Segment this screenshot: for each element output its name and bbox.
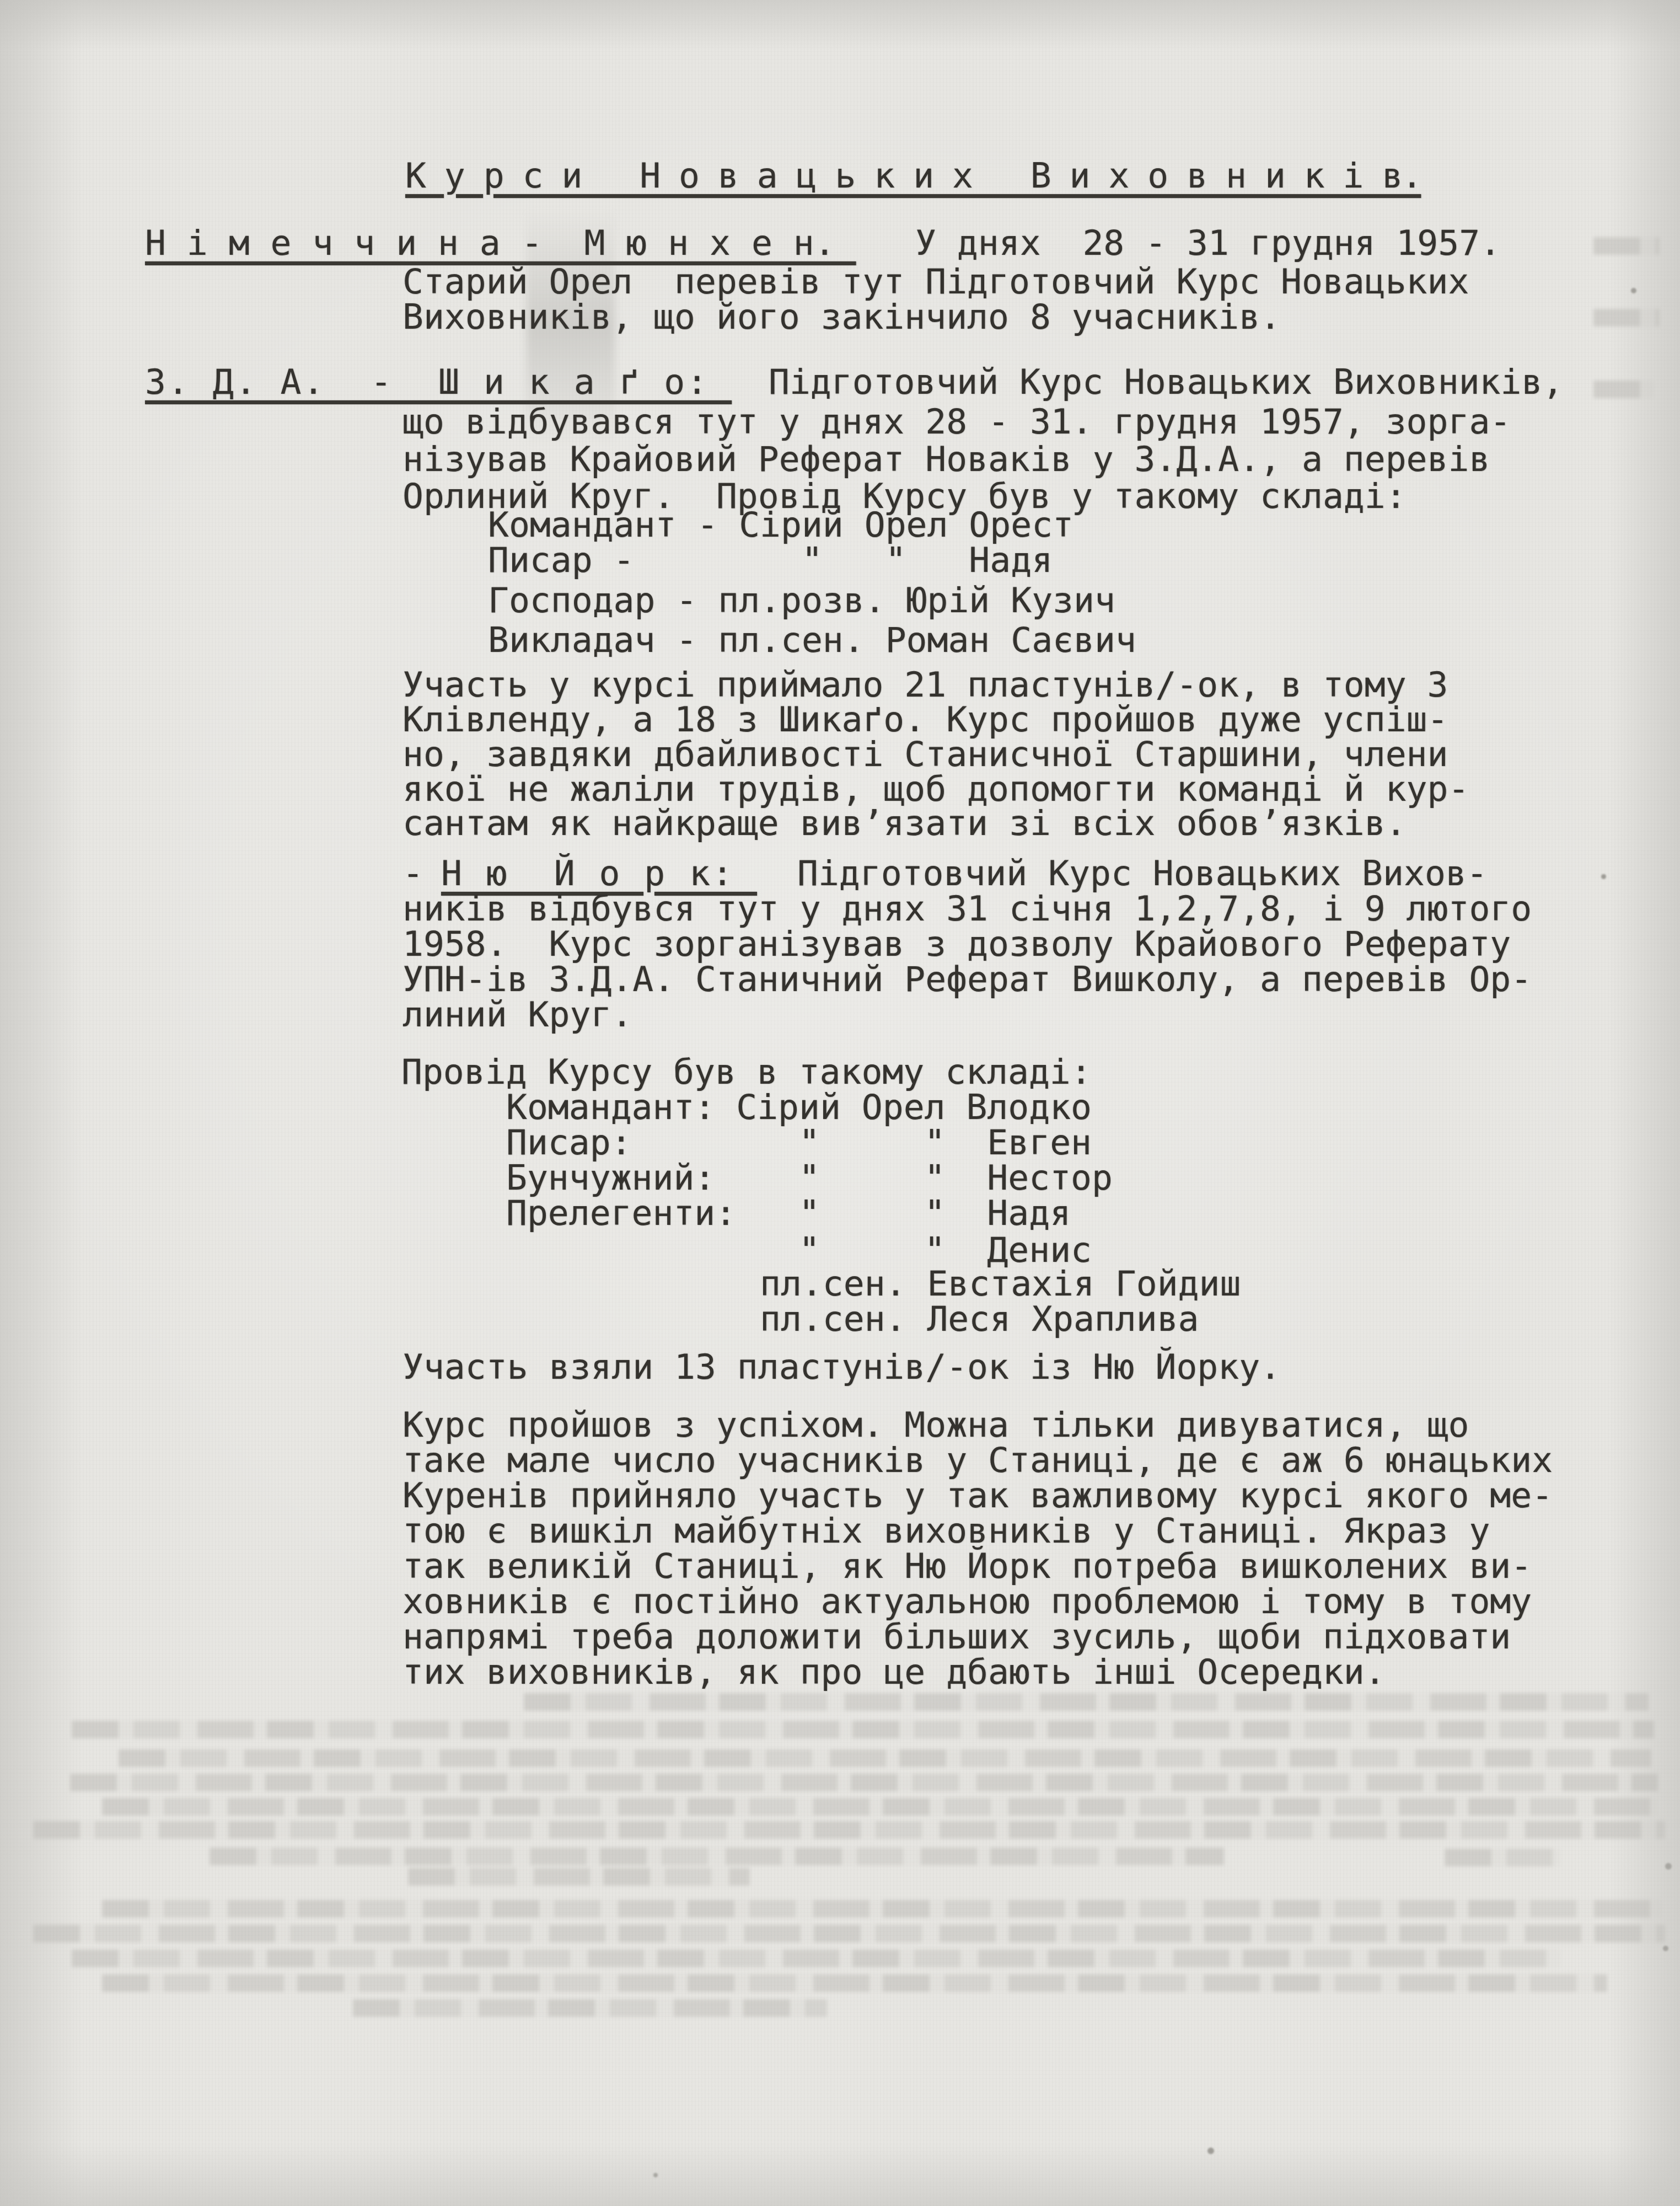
text-segment: Провід Курсу був в такому складі:: [401, 1054, 1092, 1089]
bleedthrough-line: [102, 1974, 1607, 1992]
text-segment: Командант - Сірий Орел Орест: [488, 507, 1074, 542]
staff-line: Писар - " " Надя: [0, 543, 1680, 582]
ink-speck: [1601, 874, 1606, 879]
bleedthrough-line: [72, 1950, 1560, 1967]
text-segment: тих виховників, як про це дбають інші Ос…: [402, 1654, 1386, 1689]
text-segment: Господар - пл.розв. Юрій Кузич: [488, 583, 1115, 618]
text-segment: Участь взяли 13 пластунів/-ок із Ню Йорк…: [402, 1350, 1281, 1384]
text-segment: Командант: Сірий Орел Влодко: [506, 1090, 1092, 1125]
text-segment: Підготовчий Курс Новацьких Виховників,: [769, 365, 1563, 399]
text-segment: Викладач - пл.сен. Роман Саєвич: [488, 623, 1136, 657]
text-segment: Старий Орел перевів тут Підготовчий Курс…: [402, 264, 1469, 299]
body-line: Виховників, що його закінчило 8 учасникі…: [0, 299, 1680, 339]
text-segment: пл.сен. Леся Храплива: [760, 1302, 1199, 1336]
text-segment: тою є вишкіл майбутніх виховників у Стан…: [402, 1513, 1490, 1548]
body-line: що відбувався тут у днях 28 - 31. грудня…: [0, 404, 1680, 444]
body-line: УПН-ів З.Д.А. Станичний Реферат Вишколу,…: [0, 962, 1680, 1002]
ink-speck: [1207, 2148, 1214, 2154]
body-line: сантам як найкраще вив’язати зі всіх обо…: [0, 806, 1680, 845]
heading-usa-chicago: З. Д. А. - Ш и к а ґ о: Підготовчий Курс…: [0, 365, 1680, 404]
bleedthrough-line: [119, 1749, 1651, 1767]
text-segment: Курс пройшов з успіхом. Можна тільки див…: [402, 1407, 1469, 1442]
bleedthrough-line: [33, 1821, 1665, 1839]
text-segment: напрямі треба доложити більших зусиль, щ…: [402, 1619, 1511, 1654]
bleedthrough-line: [33, 1925, 1665, 1942]
text-segment: Виховників, що його закінчило 8 учасникі…: [402, 299, 1281, 334]
text-segment: Прелегенти: " " Надя: [506, 1196, 1071, 1230]
text-segment: Писар: " " Евген: [506, 1125, 1092, 1160]
bleedthrough-line: [524, 1693, 1649, 1711]
text-segment: так великій Станиці, як Ню Йорк потреба …: [402, 1549, 1532, 1583]
text-segment: УПН-ів З.Д.А. Станичний Реферат Вишколу,…: [402, 962, 1532, 997]
text-segment: ховників є постійно актуальною проблемою…: [402, 1584, 1532, 1619]
bleedthrough-line: [210, 1848, 1224, 1865]
text-segment: К у р с и Н о в а ц ь к и х В и х о в н …: [405, 158, 1421, 193]
text-segment: Куренів прийняло участь у так важливому …: [402, 1478, 1553, 1513]
text-segment: Участь у курсі приймало 21 пластунів/-ок…: [402, 667, 1448, 702]
staff-line: Господар - пл.розв. Юрій Кузич: [0, 583, 1680, 623]
heading-germany-munich: Н і м е ч ч и н а - М ю н х е н. У днях …: [0, 226, 1680, 265]
text-segment: сантам як найкраще вив’язати зі всіх обо…: [402, 806, 1407, 840]
ink-speck: [653, 2173, 658, 2177]
text-segment: якої не жаліли трудів, щоб допомогти ком…: [402, 772, 1469, 806]
text-segment: Підготовчий Курс Новацьких Вихов-: [797, 856, 1488, 891]
heading-label: З. Д. А. - Ш и к а ґ о:: [145, 365, 732, 399]
text-segment: пл.сен. Евстахія Гойдиш: [760, 1266, 1241, 1301]
document-title: К у р с и Н о в а ц ь к и х В и х о в н …: [0, 158, 1680, 198]
text-segment: ників відбувся тут у днях 31 січня 1,2,7…: [402, 891, 1532, 926]
text-segment: таке мале число учасників у Станиці, де …: [402, 1443, 1553, 1477]
staff-line: пл.сен. Леся Храплива: [0, 1302, 1680, 1341]
text-segment: що відбувався тут у днях 28 - 31. грудня…: [402, 404, 1511, 439]
bleedthrough-line: [70, 1774, 1658, 1791]
text-segment: 1958. Курс зорганізував з дозволу Крайов…: [402, 927, 1511, 961]
ink-speck: [1663, 1946, 1668, 1951]
bleedthrough-line: [353, 1999, 827, 2017]
text-segment: " " Денис: [506, 1233, 1092, 1267]
text-segment: Бунчужний: " " Нестор: [506, 1160, 1113, 1195]
dash: -: [402, 856, 423, 891]
bleedthrough-line: [102, 1900, 1662, 1918]
text-segment: но, завдяки дбайливості Станисчної Старш…: [402, 737, 1448, 772]
bleedthrough-line: [1445, 1849, 1560, 1866]
staff-line: Викладач - пл.сен. Роман Саєвич: [0, 623, 1680, 662]
heading-label: Н ю Й о р к:: [441, 856, 757, 891]
text-segment: Писар - " " Надя: [488, 543, 1053, 577]
heading-label: Н і м е ч ч и н а - М ю н х е н.: [145, 226, 856, 260]
text-segment: нізував Крайовий Реферат Новаків у З.Д.А…: [402, 442, 1490, 476]
body-line: линий Круг.: [0, 997, 1680, 1037]
bleedthrough-line: [102, 1798, 1657, 1816]
bleedthrough-line: [408, 1868, 750, 1886]
text-segment: Клівленду, а 18 з Шикаґо. Курс пройшов д…: [402, 702, 1448, 737]
body-line: тих виховників, як про це дбають інші Ос…: [0, 1654, 1680, 1694]
bleedthrough-line: [72, 1721, 1654, 1738]
ink-speck: [1631, 288, 1636, 293]
body-line: Участь взяли 13 пластунів/-ок із Ню Йорк…: [0, 1350, 1680, 1389]
scanned-page: К у р с и Н о в а ц ь к и х В и х о в н …: [0, 0, 1680, 2206]
text-segment: линий Круг.: [402, 997, 632, 1032]
ink-speck: [1665, 1863, 1672, 1870]
heading-date: У днях 28 - 31 грудня 1957.: [915, 226, 1501, 260]
